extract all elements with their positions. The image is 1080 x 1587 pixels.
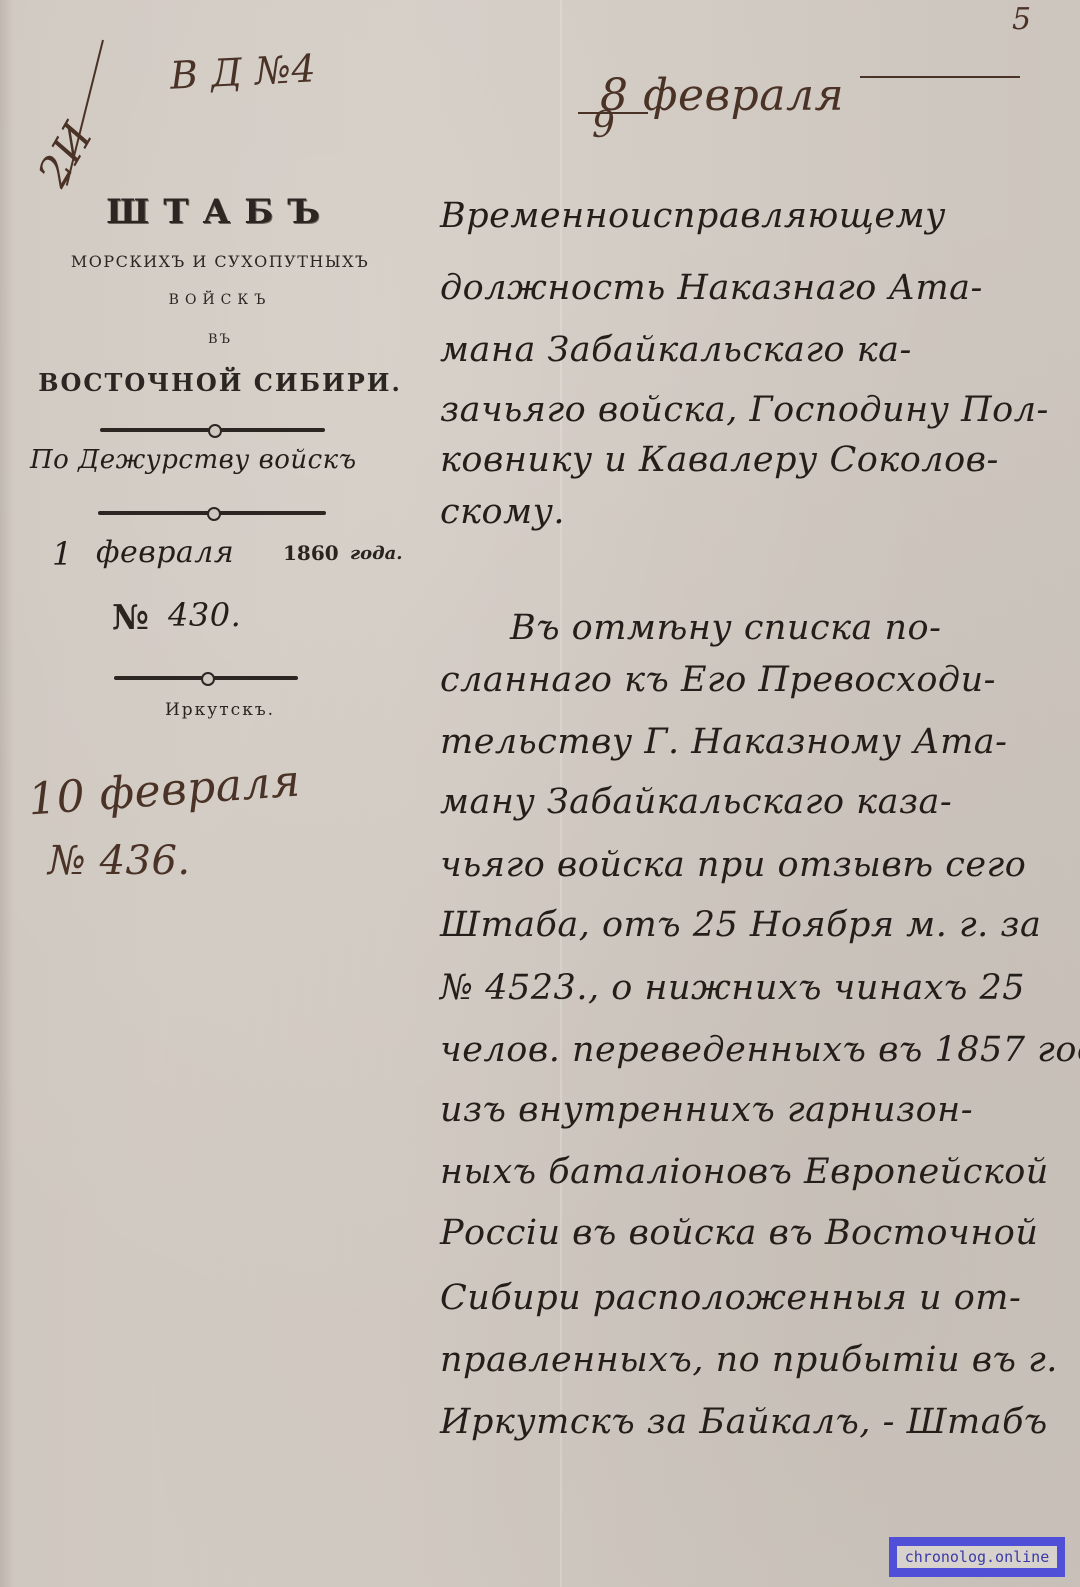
- body-line: Иркутскъ за Байкалъ, - Штабъ: [440, 1402, 1048, 1442]
- ornament-divider: [98, 511, 326, 515]
- department: По Дежурству войскъ: [30, 445, 357, 475]
- letterhead-subtitle-4: ВОСТОЧНОЙ СИБИРИ.: [20, 368, 420, 397]
- incoming-date: 10 февраля: [27, 756, 303, 826]
- reference-annotation: В Д №4: [169, 46, 317, 98]
- letterhead-subtitle-1: МОРСКИХЪ И СУХОПУТНЫХЪ: [20, 252, 420, 271]
- body-line: Россіи въ войска въ Восточной: [440, 1213, 1038, 1253]
- addressee-line: должность Наказнаго Ата-: [440, 268, 983, 308]
- body-line: Сибири расположенныя и от-: [440, 1278, 1021, 1318]
- date-flourish: [860, 76, 1020, 78]
- letterhead-number-value: 430.: [168, 596, 241, 634]
- letterhead-subtitle-3: ВЪ: [20, 332, 420, 347]
- ornament-divider: [100, 428, 325, 432]
- addressee-line: зачьяго войска, Господину Пол-: [440, 390, 1049, 430]
- body-line: тельству Г. Наказному Ата-: [440, 722, 1007, 762]
- letterhead-number-label: №: [112, 598, 149, 638]
- ornament-divider: [114, 676, 298, 680]
- letterhead-date-day: 1: [52, 535, 73, 573]
- incoming-number: № 436.: [48, 838, 191, 884]
- body-line: челов. переведенныхъ въ 1857 году: [440, 1030, 1080, 1070]
- received-date-fraction: 9: [592, 105, 615, 146]
- body-line: ману Забайкальскаго каза-: [440, 782, 952, 822]
- archive-number: 2И: [28, 114, 103, 194]
- body-line: правленныхъ, по прибытіи въ г.: [440, 1340, 1058, 1380]
- body-line: изъ внутреннихъ гарнизон-: [440, 1090, 973, 1130]
- body-line: № 4523., о нижнихъ чинахъ 25: [440, 968, 1025, 1008]
- body-line: сланнаго къ Его Превосходи-: [440, 660, 996, 700]
- letterhead-date-month: февраля: [96, 535, 234, 570]
- watermark: chronolog.online: [889, 1537, 1065, 1577]
- addressee-line: Временноисправляющему: [440, 196, 946, 236]
- body-line: ныхъ баталіоновъ Европейской: [440, 1152, 1049, 1192]
- addressee-line: мана Забайкальскаго ка-: [440, 330, 912, 370]
- letterhead-city: Иркутскъ.: [20, 700, 420, 720]
- body-line: Штаба, отъ 25 Ноября м. г. за: [440, 905, 1041, 945]
- received-date-month: февраля: [643, 70, 844, 121]
- body-line: чьяго войска при отзывѣ сего: [440, 845, 1026, 885]
- letterhead-date-year: 1860: [283, 541, 339, 565]
- body-line: Въ отмѣну списка по-: [510, 608, 941, 648]
- letterhead-subtitle-2: ВОЙСКЪ: [20, 292, 420, 308]
- addressee-line: ковнику и Кавалеру Соколов-: [440, 440, 999, 480]
- addressee-line: скому.: [440, 492, 565, 532]
- letterhead-date-suffix: года.: [350, 543, 403, 564]
- letterhead-title: ШТАБЪ: [20, 192, 420, 232]
- received-date: 8 февраля: [600, 70, 844, 121]
- page-number: 5: [1012, 2, 1032, 37]
- document-page: 2И В Д №4 8 февраля 9 5 ШТАБЪ МОРСКИХЪ И…: [0, 0, 1080, 1587]
- watermark-text: chronolog.online: [897, 1546, 1058, 1568]
